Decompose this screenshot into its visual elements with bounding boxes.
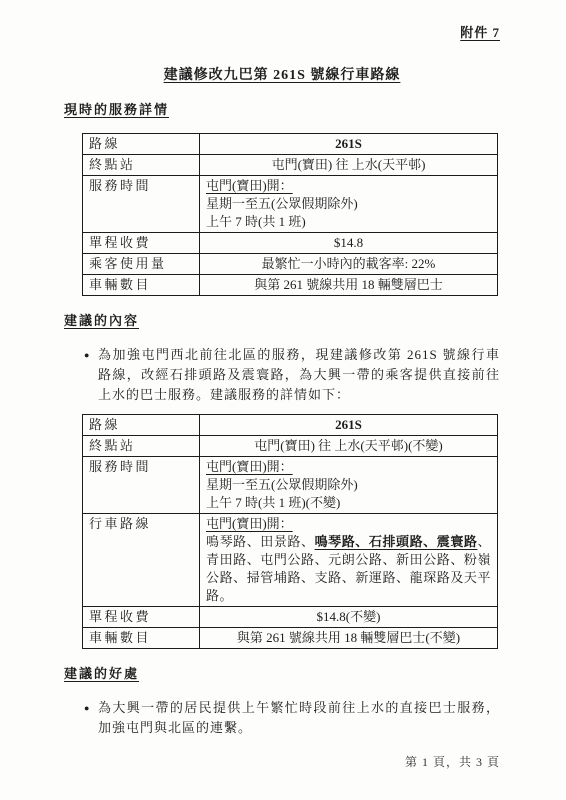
row-label: 終點站 [83, 155, 200, 176]
row-label: 路線 [83, 134, 200, 155]
benefits-bullet-text: 為大興一帶的居民提供上午繁忙時段前往上水的直接巴士服務，加強屯門與北區的連繫。 [98, 698, 500, 738]
row-value: 屯門(寶田) 往 上水(天平邨)(不變) [200, 436, 498, 457]
row-label: 路線 [83, 415, 200, 436]
table-row-fare: 單程收費 $14.8 [83, 233, 498, 254]
row-value: 最繁忙一小時內的載客率: 22% [200, 254, 498, 275]
proposal-bullet-item: ● 為加強屯門西北前往北區的服務，現建議修改第 261S 號線行車路線，改經石排… [64, 345, 500, 405]
page-title-text: 建議修改九巴第 261S 號線行車路線 [164, 68, 401, 83]
hours-open-line: 屯門(寶田)開： [206, 458, 491, 476]
row-label: 車輛數目 [83, 628, 200, 649]
routing-changed-roads: 鳴琴路、石排頭路、震寰路 [315, 534, 478, 549]
row-value: 與第 261 號線共用 18 輛雙層巴士 [200, 275, 498, 296]
section-heading-proposal: 建議的內容 [64, 310, 500, 329]
row-label: 單程收費 [83, 233, 200, 254]
routing-open-line: 屯門(寶田)開： [206, 515, 491, 533]
table-row-fleet: 車輛數目 與第 261 號線共用 18 輛雙層巴士 [83, 275, 498, 296]
page-title: 建議修改九巴第 261S 號線行車路線 [64, 64, 500, 84]
document-page: 附件 7 建議修改九巴第 261S 號線行車路線 現時的服務詳情 路線 261S… [0, 0, 566, 800]
row-label: 乘客使用量 [83, 254, 200, 275]
table-row-usage: 乘客使用量 最繁忙一小時內的載客率: 22% [83, 254, 498, 275]
hours-days-line: 星期一至五(公眾假期除外) [206, 476, 491, 494]
table-row-service-hours: 服務時間 屯門(寶田)開： 星期一至五(公眾假期除外) 上午 7 時(共 1 班… [83, 176, 498, 233]
table-row-fare: 單程收費 $14.8(不變) [83, 607, 498, 628]
hours-time-line: 上午 7 時(共 1 班)(不變) [206, 494, 491, 512]
row-label: 服務時間 [83, 457, 200, 514]
table-row-route: 路線 261S [83, 415, 498, 436]
bullet-icon: ● [64, 698, 98, 738]
hours-open-line: 屯門(寶田)開： [206, 177, 491, 195]
row-label: 終點站 [83, 436, 200, 457]
table-row-route: 路線 261S [83, 134, 498, 155]
row-value: 屯門(寶田)開： 鳴琴路、田景路、鳴琴路、石排頭路、震寰路、青田路、屯門公路、元… [200, 514, 498, 607]
row-value: 屯門(寶田)開： 星期一至五(公眾假期除外) 上午 7 時(共 1 班) [200, 176, 498, 233]
row-label: 單程收費 [83, 607, 200, 628]
annex-label: 附件 7 [64, 22, 500, 40]
annex-text: 附件 7 [460, 25, 500, 40]
table-row-fleet: 車輛數目 與第 261 號線共用 18 輛雙層巴士(不變) [83, 628, 498, 649]
row-label: 行車路線 [83, 514, 200, 607]
table-row-terminus: 終點站 屯門(寶田) 往 上水(天平邨)(不變) [83, 436, 498, 457]
table-row-terminus: 終點站 屯門(寶田) 往 上水(天平邨) [83, 155, 498, 176]
section-heading-current-service: 現時的服務詳情 [64, 99, 500, 118]
proposal-bullet-text: 為加強屯門西北前往北區的服務，現建議修改第 261S 號線行車路線，改經石排頭路… [98, 345, 500, 405]
benefits-bullet-item: ● 為大興一帶的居民提供上午繁忙時段前往上水的直接巴士服務，加強屯門與北區的連繫… [64, 698, 500, 738]
hours-time-line: 上午 7 時(共 1 班) [206, 213, 491, 231]
proposed-service-table: 路線 261S 終點站 屯門(寶田) 往 上水(天平邨)(不變) 服務時間 屯門… [82, 414, 498, 649]
row-value: $14.8(不變) [200, 607, 498, 628]
row-value: 與第 261 號線共用 18 輛雙層巴士(不變) [200, 628, 498, 649]
bullet-icon: ● [64, 345, 98, 405]
current-service-table: 路線 261S 終點站 屯門(寶田) 往 上水(天平邨) 服務時間 屯門(寶田)… [82, 133, 498, 296]
row-value: 261S [200, 415, 498, 436]
row-value: 屯門(寶田) 往 上水(天平邨) [200, 155, 498, 176]
hours-days-line: 星期一至五(公眾假期除外) [206, 195, 491, 213]
routing-roads-text: 鳴琴路、田景路、鳴琴路、石排頭路、震寰路、青田路、屯門公路、元朗公路、新田公路、… [206, 533, 491, 605]
row-label: 服務時間 [83, 176, 200, 233]
page-number: 第 1 頁，共 3 頁 [405, 753, 500, 770]
row-label: 車輛數目 [83, 275, 200, 296]
section-heading-benefits: 建議的好處 [64, 663, 500, 682]
table-row-routing: 行車路線 屯門(寶田)開： 鳴琴路、田景路、鳴琴路、石排頭路、震寰路、青田路、屯… [83, 514, 498, 607]
row-value: $14.8 [200, 233, 498, 254]
row-value: 屯門(寶田)開： 星期一至五(公眾假期除外) 上午 7 時(共 1 班)(不變) [200, 457, 498, 514]
row-value: 261S [200, 134, 498, 155]
table-row-service-hours: 服務時間 屯門(寶田)開： 星期一至五(公眾假期除外) 上午 7 時(共 1 班… [83, 457, 498, 514]
